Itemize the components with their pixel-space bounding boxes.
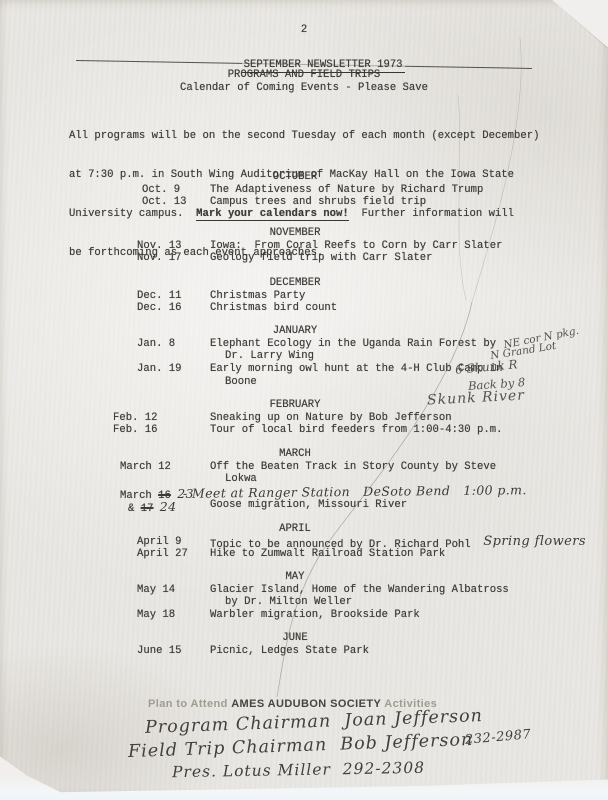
event-description: Campus trees and shrubs field trip [210, 196, 426, 208]
schedule-row: Nov. 13Iowa: From Coral Reefs to Corn by… [0, 240, 608, 253]
schedule-row: May 18Warbler migration, Brookside Park [0, 609, 608, 622]
event-date: Oct. 13 [142, 196, 187, 208]
event-date: March 12 [120, 461, 171, 473]
event-description: Picnic, Ledges State Park [210, 645, 369, 657]
month-header: OCTOBER [130, 171, 460, 184]
month-header: MAY [130, 571, 460, 584]
schedule-row: June 15Picnic, Ledges State Park [0, 645, 608, 658]
event-description-continued: Boone [225, 376, 257, 388]
event-date: April 27 [137, 548, 188, 560]
event-description: Iowa: From Coral Reefs to Corn by Carr S… [210, 240, 502, 252]
scanned-newsletter-page: 2 SEPTEMBER NEWSLETTER 1973 PROGRAMS AND… [0, 0, 608, 800]
schedule-row: Dec. 11Christmas Party [0, 290, 608, 303]
month-header: APRIL [130, 523, 460, 536]
event-description: Christmas Party [210, 290, 305, 302]
event-description: Geology field trip with Carr Slater [210, 252, 433, 264]
schedule-row: & 17 24Goose migration, Missouri River [0, 499, 608, 512]
schedule-row: April 9Topic to be announced by Dr. Rich… [0, 536, 608, 549]
schedule-row: Oct. 9The Adaptiveness of Nature by Rich… [0, 184, 608, 197]
program-chairman-phone: 232-2987 [464, 727, 531, 748]
event-description: Sneaking up on Nature by Bob Jefferson [210, 412, 452, 424]
month-header: JUNE [130, 632, 460, 645]
month-header: JANUARY [130, 325, 460, 338]
paper-sheet: 2 SEPTEMBER NEWSLETTER 1973 PROGRAMS AND… [0, 0, 608, 797]
event-description-continued: by Dr. Milton Weller [225, 596, 352, 608]
event-date: Nov. 13 [137, 240, 182, 252]
month-header: DECEMBER [130, 277, 460, 290]
schedule-row: March 16 23- Meet at Ranger Station DeSo… [0, 486, 608, 499]
schedule-row: Feb. 12Sneaking up on Nature by Bob Jeff… [0, 412, 608, 425]
event-description: Christmas bird count [210, 302, 337, 314]
event-date: April 9 [137, 536, 182, 548]
event-date: May 14 [137, 584, 175, 596]
month-header: NOVEMBER [130, 227, 460, 240]
event-date: June 15 [137, 645, 182, 657]
event-description: Goose migration, Missouri River [210, 499, 407, 511]
event-description: Hike to Zumwalt Railroad Station Park [210, 548, 445, 560]
event-description: The Adaptiveness of Nature by Richard Tr… [210, 184, 483, 196]
schedule-row: March 12Off the Beaten Track in Story Co… [0, 461, 608, 474]
schedule-row-continuation: by Dr. Milton Weller [0, 596, 608, 609]
schedule-row: Nov. 17Geology field trip with Carr Slat… [0, 252, 608, 265]
event-description: Off the Beaten Track in Story County by … [210, 461, 496, 473]
event-date: Feb. 12 [113, 412, 158, 424]
event-description: Elephant Ecology in the Uganda Rain Fore… [210, 338, 496, 350]
event-description: Tour of local bird feeders from 1:00-4:3… [210, 424, 502, 436]
schedule-row: Oct. 13Campus trees and shrubs field tri… [0, 196, 608, 209]
president-signature: Pres. Lotus Miller 292-2308 [172, 759, 425, 781]
month-header: FEBRUARY [130, 399, 460, 412]
event-description: Glacier Island, Home of the Wandering Al… [210, 584, 509, 596]
schedule-row: May 14Glacier Island, Home of the Wander… [0, 584, 608, 597]
event-date: Feb. 16 [113, 424, 158, 436]
event-date: Nov. 17 [137, 252, 182, 264]
event-date: & 17 24 [128, 499, 177, 515]
schedule-row: April 27Hike to Zumwalt Railroad Station… [0, 548, 608, 561]
society-name: AMES AUDUBON SOCIETY [231, 698, 381, 710]
event-date: Jan. 8 [137, 338, 175, 350]
event-description-continued: Lokwa [225, 473, 257, 485]
event-description-continued: Dr. Larry Wing [225, 350, 314, 362]
event-date: Oct. 9 [142, 184, 180, 196]
month-header: MARCH [130, 448, 460, 461]
schedule-row: Dec. 16Christmas bird count [0, 302, 608, 315]
event-description: Warbler migration, Brookside Park [210, 609, 420, 621]
event-date: Jan. 19 [137, 363, 182, 375]
event-date: Dec. 16 [137, 302, 182, 314]
event-date: May 18 [137, 609, 175, 621]
event-date: Dec. 11 [137, 290, 182, 302]
schedule-row: Feb. 16Tour of local bird feeders from 1… [0, 424, 608, 437]
